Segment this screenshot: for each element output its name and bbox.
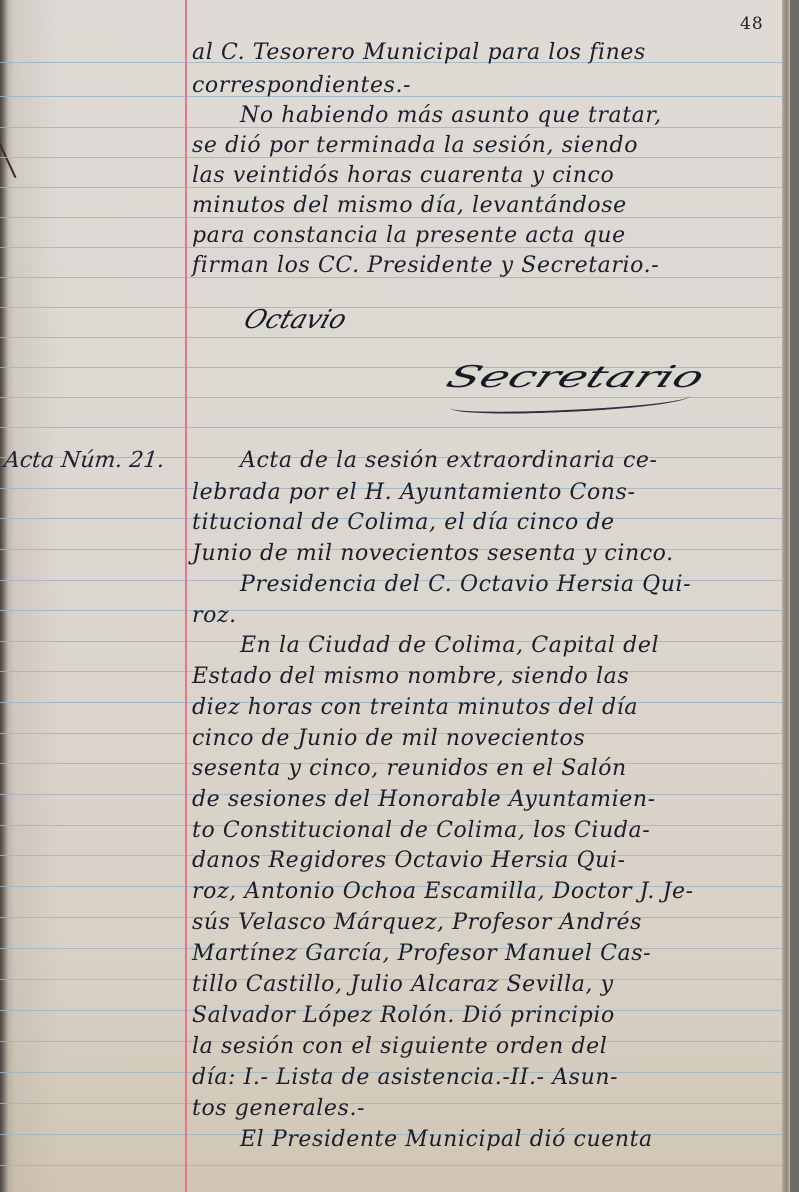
handwritten-line: al C. Tesorero Municipal para los fines <box>192 40 777 65</box>
margin-note-act-number: Acta Núm. 21. <box>3 448 166 473</box>
handwritten-line: danos Regidores Octavio Hersia Qui- <box>192 848 777 873</box>
handwritten-line: tos generales.- <box>192 1096 777 1121</box>
handwritten-line: sús Velasco Márquez, Profesor Andrés <box>192 910 777 935</box>
handwritten-line: lebrada por el H. Ayuntamiento Cons- <box>192 480 777 505</box>
page-number: 48 <box>740 14 764 34</box>
handwritten-line: roz. <box>192 603 777 628</box>
ruled-line <box>0 1165 782 1166</box>
handwritten-line: Martínez García, Profesor Manuel Cas- <box>192 941 777 966</box>
handwritten-line: diez horas con treinta minutos del día <box>192 695 777 720</box>
handwritten-line: Junio de mil novecientos sesenta y cinco… <box>192 541 777 566</box>
handwritten-line: Presidencia del C. Octavio Hersia Qui- <box>240 572 780 597</box>
handwritten-line: se dió por terminada la sesión, siendo <box>192 133 777 158</box>
handwritten-line: to Constitucional de Colima, los Ciuda- <box>192 818 777 843</box>
handwritten-line: Estado del mismo nombre, siendo las <box>192 664 777 689</box>
handwritten-line: correspondientes.- <box>192 73 777 98</box>
ruled-line <box>0 337 782 338</box>
handwritten-line: firman los CC. Presidente y Secretario.- <box>192 253 777 278</box>
red-margin-line <box>185 0 187 1192</box>
page-edge <box>782 0 790 1192</box>
handwritten-line: Salvador López Rolón. Dió principio <box>192 1003 777 1028</box>
handwritten-line: Acta de la sesión extraordinaria ce- <box>240 448 780 473</box>
handwritten-line: día: I.- Lista de asistencia.-II.- Asun- <box>192 1065 777 1090</box>
handwritten-line: sesenta y cinco, reunidos en el Salón <box>192 756 777 781</box>
handwritten-line: El Presidente Municipal dió cuenta <box>240 1127 780 1152</box>
handwritten-line: la sesión con el siguiente orden del <box>192 1034 777 1059</box>
handwritten-line: titucional de Colima, el día cinco de <box>192 510 777 535</box>
handwritten-line: cinco de Junio de mil novecientos <box>192 726 777 751</box>
binding-shadow <box>0 0 8 1192</box>
handwritten-line: las veintidós horas cuarenta y cinco <box>192 163 777 188</box>
handwritten-line: En la Ciudad de Colima, Capital del <box>240 633 780 658</box>
ledger-page: 48 al C. Tesorero Municipal para los fin… <box>0 0 790 1192</box>
handwritten-line: No habiendo más asunto que tratar, <box>240 103 780 128</box>
handwritten-line: minutos del mismo día, levantándose <box>192 193 777 218</box>
ruled-line <box>0 427 782 428</box>
signature-president: Octavio <box>240 305 350 335</box>
ruled-line <box>0 307 782 308</box>
handwritten-line: para constancia la presente acta que <box>192 223 777 248</box>
handwritten-line: de sesiones del Honorable Ayuntamien- <box>192 787 777 812</box>
handwritten-line: tillo Castillo, Julio Alcaraz Sevilla, y <box>192 972 777 997</box>
handwritten-line: roz, Antonio Ochoa Escamilla, Doctor J. … <box>192 879 777 904</box>
